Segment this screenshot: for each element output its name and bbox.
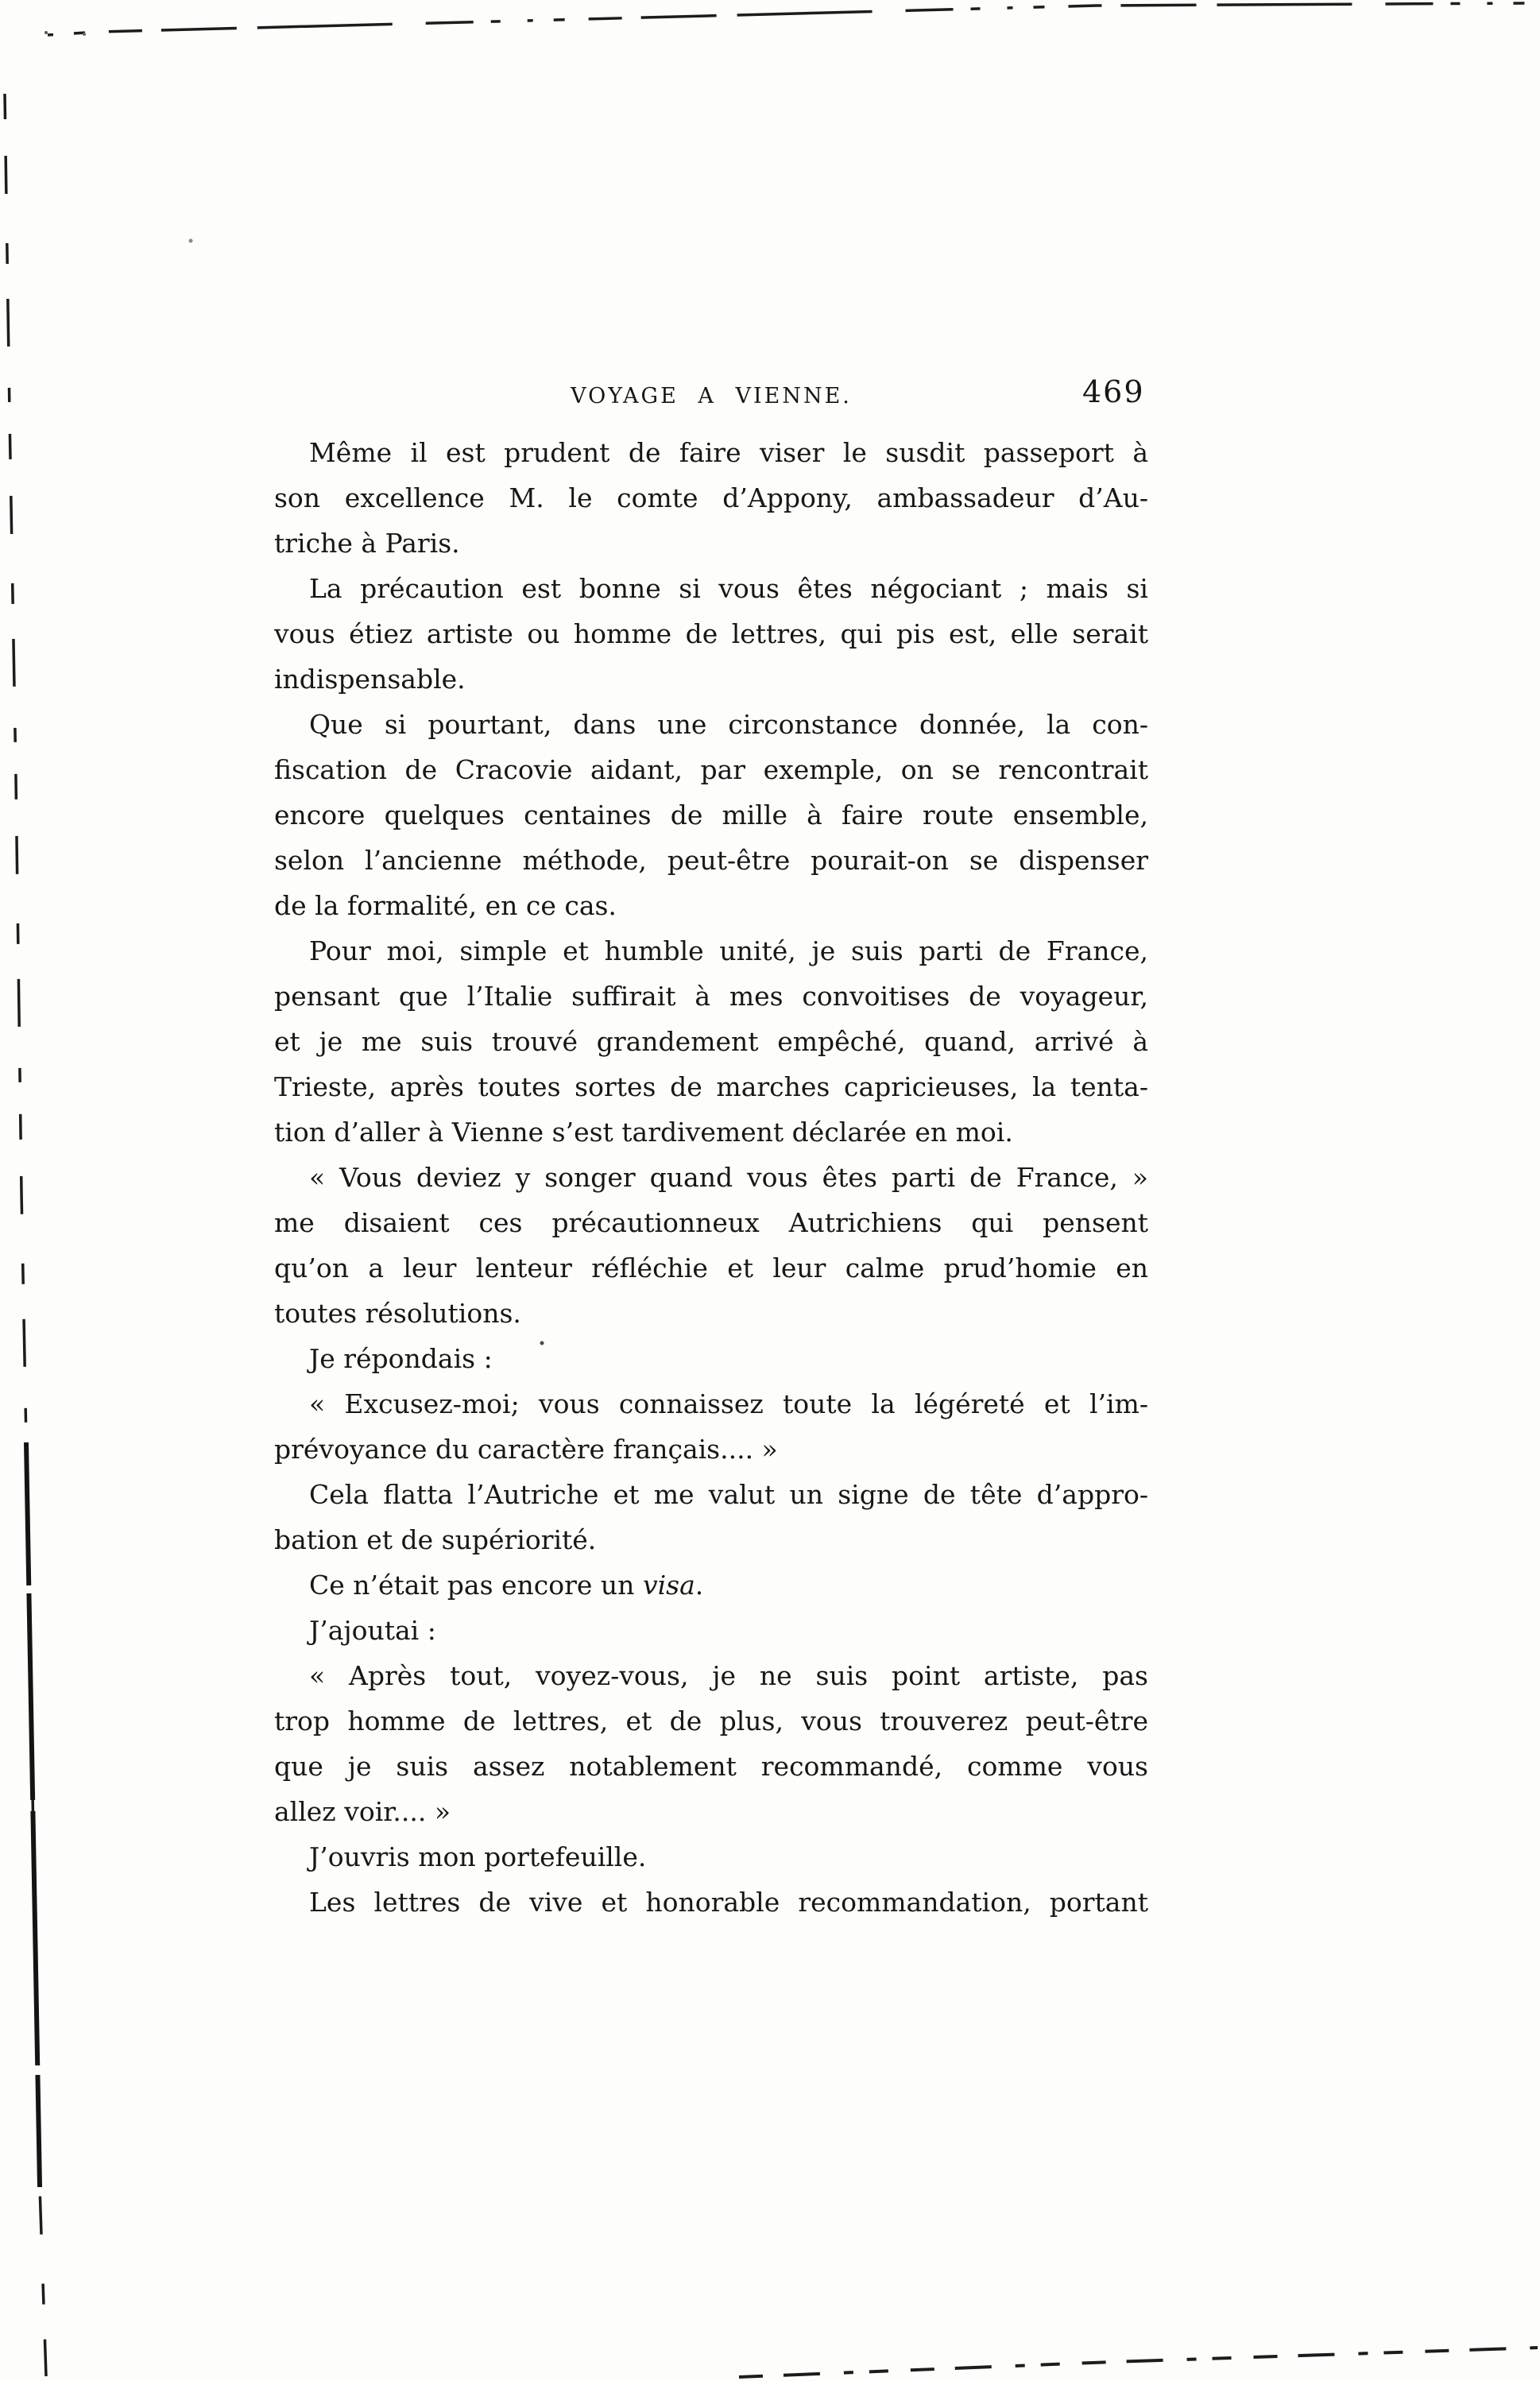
text-line: « Vous deviez y songer quand vous êtes p… xyxy=(274,1155,1148,1200)
running-head-title: VOYAGE A VIENNE. xyxy=(274,381,1148,412)
text-line: Pour moi, simple et humble unité, je sui… xyxy=(274,928,1148,974)
text-line: qu’on a leur lenteur réfléchie et leur c… xyxy=(274,1245,1148,1291)
text-line: Même il est prudent de faire viser le su… xyxy=(274,430,1148,475)
text-line: La précaution est bonne si vous êtes nég… xyxy=(274,566,1148,611)
text-line: indispensable. xyxy=(274,656,1148,702)
text-line: encore quelques centaines de mille à fai… xyxy=(274,792,1148,838)
text-line: pensant que l’Italie suffirait à mes con… xyxy=(274,974,1148,1019)
text-line: Cela flatta l’Autriche et me valut un si… xyxy=(274,1472,1148,1517)
scanned-page: VOYAGE A VIENNE. 469 Même il est prudent… xyxy=(0,0,1540,2381)
text-line: prévoyance du caractère français.... » xyxy=(274,1427,1148,1472)
text-line: Ce n’était pas encore un visa. xyxy=(274,1562,1148,1608)
text-line: son excellence M. le comte d’Appony, amb… xyxy=(274,475,1148,521)
text-line: triche à Paris. xyxy=(274,521,1148,566)
text-line: Les lettres de vive et honorable recomma… xyxy=(274,1880,1148,1925)
text-line: que je suis assez notablement recommandé… xyxy=(274,1744,1148,1789)
text-line: et je me suis trouvé grandement empêché,… xyxy=(274,1019,1148,1064)
text-segment: . xyxy=(695,1570,704,1601)
scan-artifact-left-edge xyxy=(5,94,46,2376)
scan-artifact-left-edge-solid xyxy=(26,1442,40,2187)
text-segment: Ce n’était pas encore un xyxy=(309,1570,643,1601)
text-line: selon l’ancienne méthode, peut-être pour… xyxy=(274,838,1148,883)
text-line: vous étiez artiste ou homme de lettres, … xyxy=(274,611,1148,656)
scan-speck xyxy=(83,33,86,36)
italic-word: visa xyxy=(643,1570,695,1601)
page-text: Même il est prudent de faire viser le su… xyxy=(274,430,1148,1925)
scan-artifact-bottom-edge xyxy=(739,2348,1538,2377)
text-line: allez voir.... » xyxy=(274,1789,1148,1834)
text-line: trop homme de lettres, et de plus, vous … xyxy=(274,1698,1148,1744)
text-line: toutes résolutions. xyxy=(274,1291,1148,1336)
text-line: tion d’aller à Vienne s’est tardivement … xyxy=(274,1109,1148,1155)
scan-artifact-top-edge xyxy=(48,3,1526,35)
text-line: bation et de supériorité. xyxy=(274,1517,1148,1562)
text-line: « Excusez-moi; vous connaissez toute la … xyxy=(274,1381,1148,1427)
text-line: Que si pourtant, dans une circonstance d… xyxy=(274,702,1148,747)
text-line: Trieste, après toutes sortes de marches … xyxy=(274,1064,1148,1109)
text-line: de la formalité, en ce cas. xyxy=(274,883,1148,928)
page-number: 469 xyxy=(1082,375,1154,408)
text-line: « Après tout, voyez-vous, je ne suis poi… xyxy=(274,1653,1148,1698)
scan-speck xyxy=(44,31,48,34)
text-line: J’ouvris mon portefeuille. xyxy=(274,1834,1148,1880)
text-line: J’ajoutai : xyxy=(274,1608,1148,1653)
text-line: me disaient ces précautionneux Autrichie… xyxy=(274,1200,1148,1245)
scan-speck xyxy=(189,239,193,243)
text-line: fiscation de Cracovie aidant, par exempl… xyxy=(274,747,1148,792)
text-line: Je répondais : xyxy=(274,1336,1148,1381)
